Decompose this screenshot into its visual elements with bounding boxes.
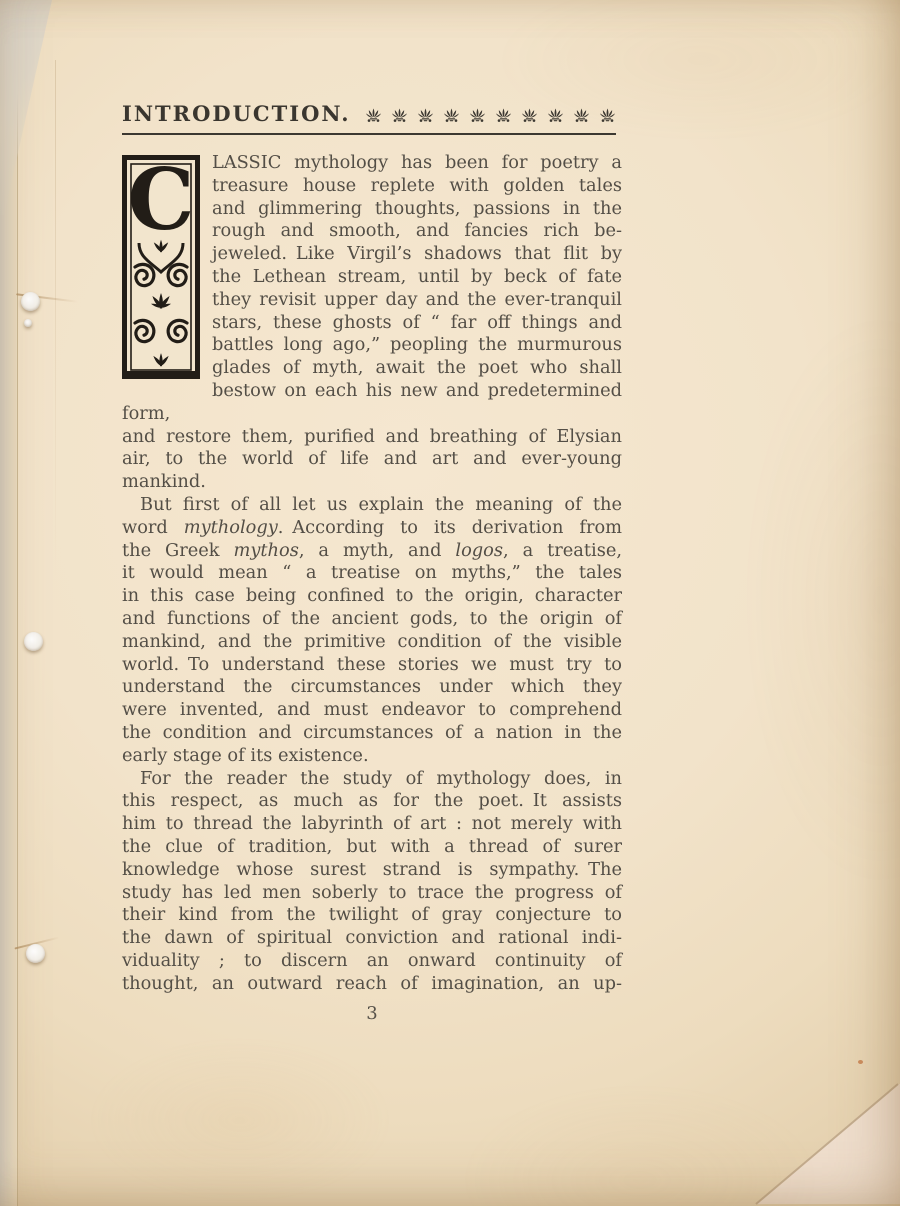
page-header: INTRODUCTION. bbox=[122, 103, 616, 135]
fleuron-icon bbox=[521, 107, 538, 124]
text-line: the clue of tradition, but with a thread… bbox=[122, 836, 622, 859]
text-line: it would mean “ a treatise on myths,” th… bbox=[122, 562, 622, 585]
paper-speck bbox=[858, 1060, 863, 1064]
text-line: mankind, and the primitive condition of … bbox=[122, 631, 622, 654]
page-title: INTRODUCTION. bbox=[122, 103, 351, 124]
text-line: For the reader the study of mythology do… bbox=[122, 768, 622, 791]
text-line: this respect, as much as for the poet. I… bbox=[122, 790, 622, 813]
binding-hole bbox=[26, 944, 45, 963]
paragraph: But first of all let us explain the mean… bbox=[122, 494, 622, 768]
text-line: thought, an outward reach of imagination… bbox=[122, 973, 622, 996]
drop-cap: C bbox=[122, 155, 200, 379]
text-line: word mythology. According to its derivat… bbox=[122, 517, 622, 540]
torn-page-edge bbox=[0, 0, 18, 1206]
text-line: viduality ; to discern an onward continu… bbox=[122, 950, 622, 973]
text-line: But first of all let us explain the mean… bbox=[122, 494, 622, 517]
fleuron-icon bbox=[365, 107, 382, 124]
text-line: understand the circumstances under which… bbox=[122, 676, 622, 699]
fleuron-icon bbox=[443, 107, 460, 124]
text-line: the dawn of spiritual conviction and rat… bbox=[122, 927, 622, 950]
binding-hole-small bbox=[24, 319, 32, 327]
text-line: mankind. bbox=[122, 471, 622, 494]
text-line: the Greek mythos, a myth, and logos, a t… bbox=[122, 540, 622, 563]
binding-hole bbox=[24, 632, 43, 651]
drop-cap-letter: C bbox=[128, 155, 195, 249]
text-line: the condition and circumstances of a nat… bbox=[122, 722, 622, 745]
fleuron-icon bbox=[599, 107, 616, 124]
fleuron-icon bbox=[495, 107, 512, 124]
body-text: C bbox=[122, 152, 622, 995]
binding-hole bbox=[21, 292, 40, 311]
text-line: world. To understand these stories we mu… bbox=[122, 654, 622, 677]
page-number: 3 bbox=[122, 1003, 622, 1024]
paragraph: For the reader the study of mythology do… bbox=[122, 768, 622, 996]
corner-fold bbox=[752, 1080, 900, 1206]
text-line: and restore them, purified and breathing… bbox=[122, 426, 622, 449]
text-line: early stage of its existence. bbox=[122, 745, 622, 768]
fleuron-icon bbox=[573, 107, 590, 124]
fleuron-icon bbox=[547, 107, 564, 124]
drop-cap-ornament: C bbox=[122, 155, 200, 379]
fleuron-icon bbox=[391, 107, 408, 124]
text-line: study has led men soberly to trace the p… bbox=[122, 882, 622, 905]
text-line: knowledge whose surest strand is sympath… bbox=[122, 859, 622, 882]
fleuron-icon bbox=[417, 107, 434, 124]
text-line: him to thread the labyrinth of art : not… bbox=[122, 813, 622, 836]
text-line: were invented, and must endeavor to comp… bbox=[122, 699, 622, 722]
ornament-row bbox=[365, 106, 616, 124]
fleuron-icon bbox=[469, 107, 486, 124]
text-line: air, to the world of life and art and ev… bbox=[122, 448, 622, 471]
text-line: bestow on each his new and predetermined… bbox=[122, 380, 622, 426]
text-line: in this case being confined to the origi… bbox=[122, 585, 622, 608]
text-line: and functions of the ancient gods, to th… bbox=[122, 608, 622, 631]
book-page: INTRODUCTION. C bbox=[0, 0, 900, 1206]
text-line: their kind from the twilight of gray con… bbox=[122, 904, 622, 927]
paper-crease bbox=[55, 60, 56, 580]
